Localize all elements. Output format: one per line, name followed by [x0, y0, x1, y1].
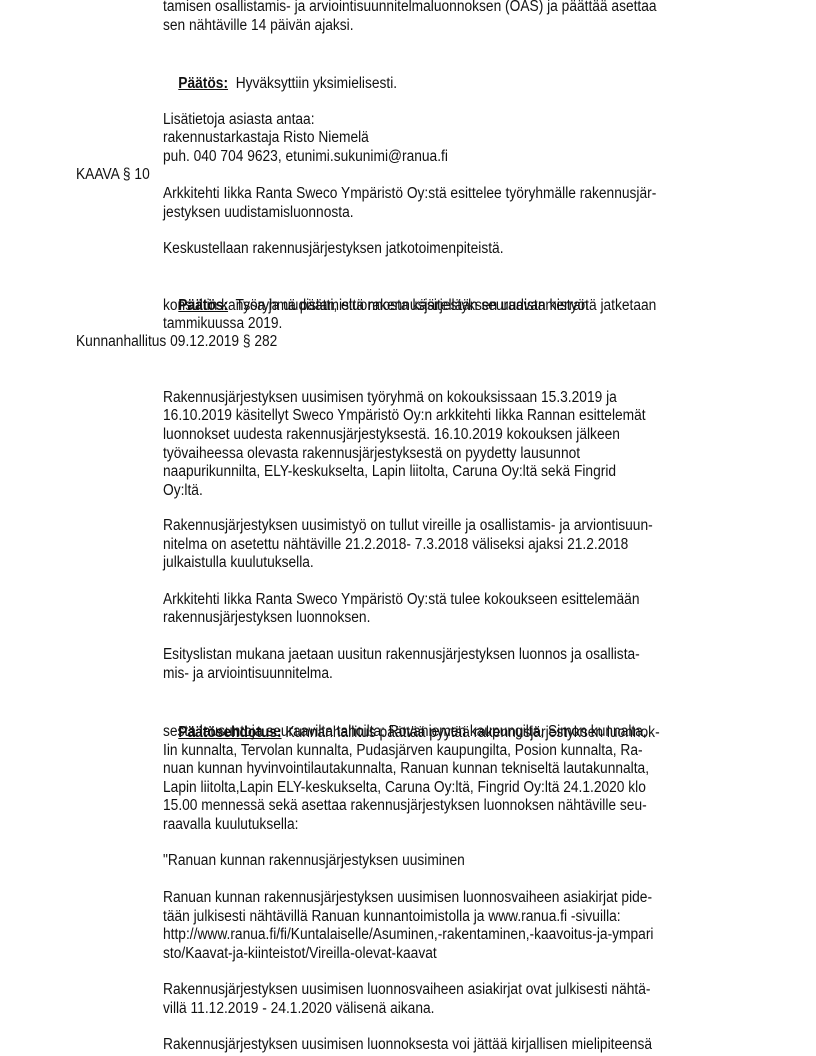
body-text: mis- ja arviointisuunnitelma.	[163, 665, 333, 684]
body-text: työvaiheessa olevasta rakennusjärjestyks…	[163, 445, 580, 464]
decision-text: Lapin liitolta,Lapin ELY-keskukselta, Ca…	[163, 779, 646, 798]
body-text: luonnokset uudesta rakennusjärjestyksest…	[163, 426, 620, 445]
body-text: Oy:ltä.	[163, 482, 203, 501]
body-text: Rakennusjärjestyksen uusimisen luonnokse…	[163, 1036, 652, 1055]
body-text: Arkkitehti Iikka Ranta Sweco Ympäristö O…	[163, 591, 639, 610]
document-page: tamisen osallistamis- ja arviointisuunni…	[0, 0, 816, 1056]
decision-text: nuan kunnan hyvinvointilautakunnalta, Ra…	[163, 760, 649, 779]
body-text: tamisen osallistamis- ja arviointisuunni…	[163, 0, 657, 17]
decision-text: sesta lausuntoja seuraavilta tahoilta: R…	[163, 723, 647, 742]
body-text: nitelma on asetettu nähtäville 21.2.2018…	[163, 536, 628, 555]
section-heading: Kunnanhallitus 09.12.2019 § 282	[76, 333, 277, 352]
url-text: http://www.ranua.fi/fi/Kuntalaiselle/Asu…	[163, 926, 653, 945]
contact-details: puh. 040 704 9623, etunimi.sukunimi@ranu…	[163, 148, 448, 167]
section-heading: KAAVA § 10	[76, 166, 150, 185]
body-text: 16.10.2019 käsitellyt Sweco Ympäristö Oy…	[163, 407, 646, 426]
contact-intro: Lisätietoja asiasta antaa:	[163, 111, 315, 130]
body-text: Esityslistan mukana jaetaan uusitun rake…	[163, 646, 640, 665]
decision-text: tammikuussa 2019.	[163, 315, 282, 334]
body-text: julkaistulla kuulutuksella.	[163, 554, 314, 573]
body-text: jestyksen uudistamisluonnosta.	[163, 204, 354, 223]
decision-text: Hyväksyttiin yksimielisesti.	[236, 75, 397, 92]
body-text: villä 11.12.2019 - 24.1.2020 välisenä ai…	[163, 1000, 434, 1019]
body-text: Ranuan kunnan rakennusjärjestyksen uusim…	[163, 889, 652, 908]
decision-text: konsultin kanssa ja uudistamisluonnosta …	[163, 297, 589, 316]
body-text: tään julkisesti nähtävillä Ranuan kunnan…	[163, 908, 621, 927]
body-text: rakennusjärjestyksen luonnoksen.	[163, 609, 370, 628]
contact-name: rakennustarkastaja Risto Niemelä	[163, 129, 369, 148]
body-text: naapurikunnilta, ELY-keskukselta, Lapin …	[163, 463, 616, 482]
body-text: sen nähtäville 14 päivän ajaksi.	[163, 17, 354, 36]
decision-text: Iin kunnalta, Tervolan kunnalta, Pudasjä…	[163, 742, 643, 761]
decision-text: raavalla kuulutuksella:	[163, 816, 298, 835]
body-text: Keskustellaan rakennusjärjestyksen jatko…	[163, 240, 504, 259]
body-text: Arkkitehti Iikka Ranta Sweco Ympäristö O…	[163, 185, 656, 204]
body-text: Rakennusjärjestyksen uusimisen työryhmä …	[163, 389, 617, 408]
decision: Päätös: Hyväksyttiin yksimielisesti.	[163, 56, 397, 112]
decision-label: Päätös:	[178, 75, 228, 92]
url-text: sto/Kaavat-ja-kiinteistot/Vireilla-oleva…	[163, 945, 437, 964]
body-text: Rakennusjärjestyksen uusimistyö on tullu…	[163, 517, 653, 536]
body-text: Rakennusjärjestyksen uusimisen luonnosva…	[163, 981, 650, 1000]
notice-title: "Ranuan kunnan rakennusjärjestyksen uusi…	[163, 852, 465, 871]
decision-text: 15.00 mennessä sekä asettaa rakennusjärj…	[163, 797, 647, 816]
